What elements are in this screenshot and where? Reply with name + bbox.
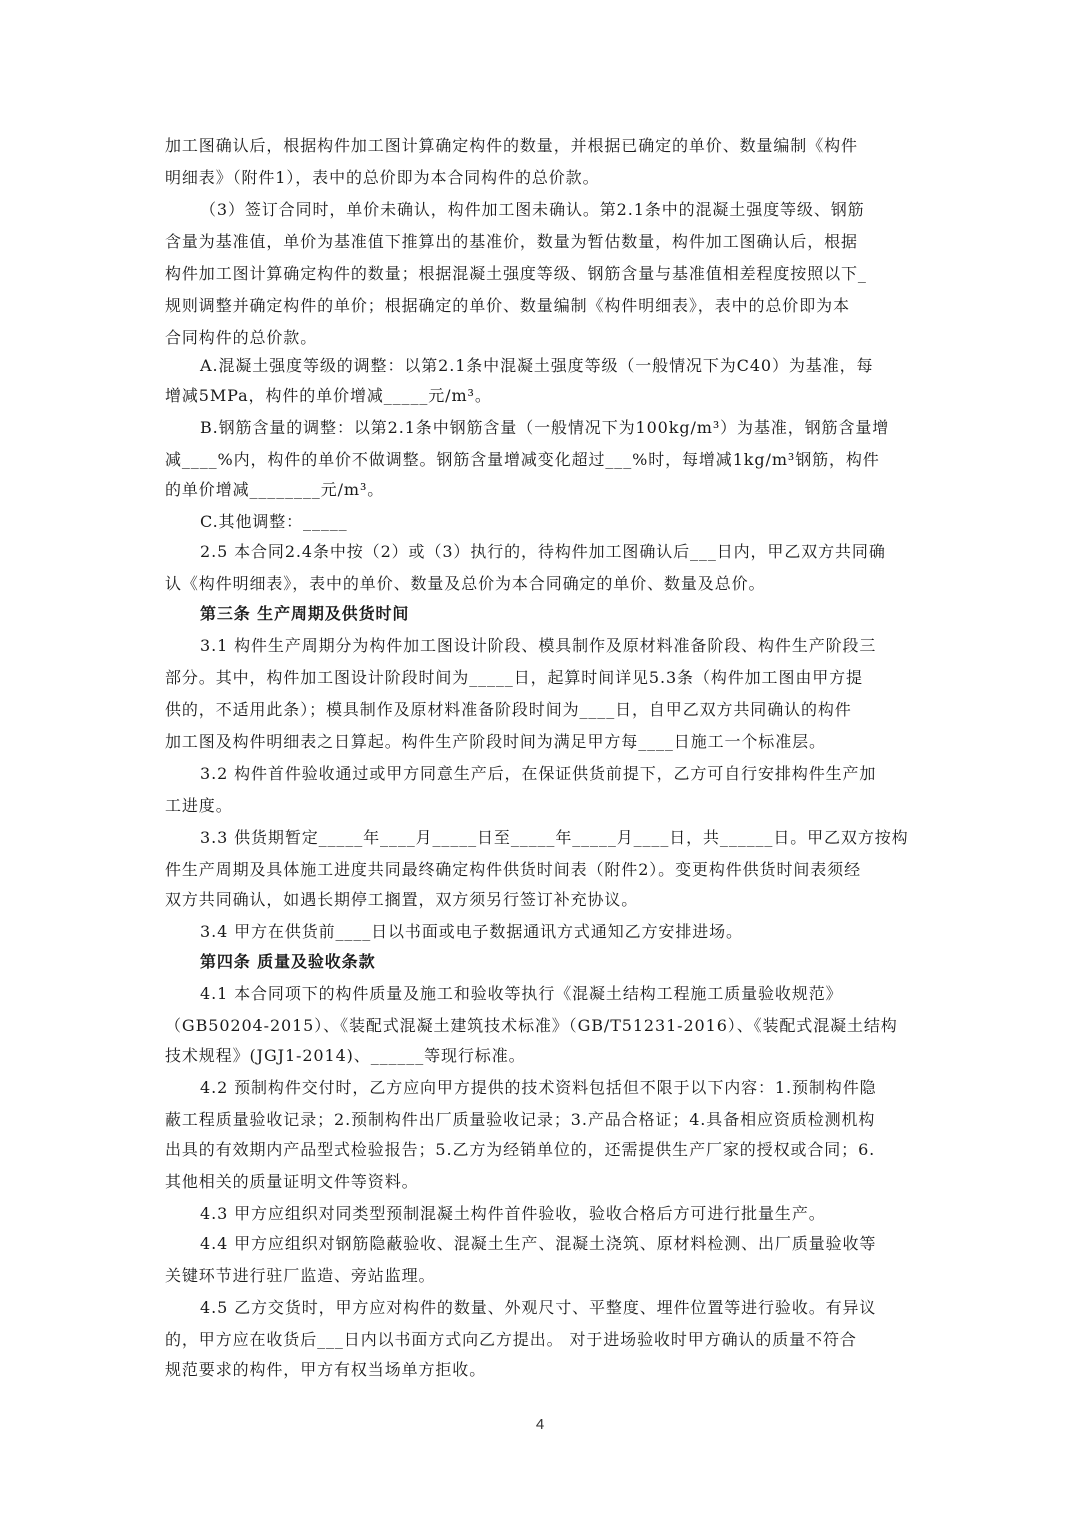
- text-line: 技术规程》(JGJ1-2014)、______等现行标准。: [165, 1046, 917, 1066]
- text-line: 其他相关的质量证明文件等资料。: [165, 1172, 917, 1192]
- text-line: （GB50204-2015）、《装配式混凝土建筑技术标准》（GB/T51231-…: [165, 1016, 917, 1036]
- text-line: 增减5MPa，构件的单价增减_____元/m³。: [165, 386, 917, 406]
- text-line: 减____%内，构件的单价不做调整。钢筋含量增减变化超过___%时，每增减1kg…: [165, 450, 917, 470]
- text-line: （3）签订合同时，单价未确认，构件加工图未确认。第2.1条中的混凝土强度等级、钢…: [200, 200, 917, 220]
- text-line: 2.5 本合同2.4条中按（2）或（3）执行的，待构件加工图确认后___日内，甲…: [200, 542, 917, 562]
- text-line: 工进度。: [165, 796, 917, 816]
- text-line: 合同构件的总价款。: [165, 328, 917, 348]
- text-line: A.混凝土强度等级的调整：以第2.1条中混凝土强度等级（一般情况下为C40）为基…: [200, 356, 917, 376]
- text-line: 3.4 甲方在供货前____日以书面或电子数据通讯方式通知乙方安排进场。: [200, 922, 917, 942]
- text-line: B.钢筋含量的调整：以第2.1条中钢筋含量（一般情况下为100kg/m³）为基准…: [200, 418, 917, 438]
- text-line: 4.1 本合同项下的构件质量及施工和验收等执行《混凝土结构工程施工质量验收规范》: [200, 984, 917, 1004]
- text-line: 供的，不适用此条）；模具制作及原材料准备阶段时间为____日，自甲乙双方共同确认…: [165, 700, 917, 720]
- text-line: 规则调整并确定构件的单价；根据确定的单价、数量编制《构件明细表》，表中的总价即为…: [165, 296, 917, 316]
- document-page: 加工图确认后，根据构件加工图计算确定构件的数量，并根据已确定的单价、数量编制《构…: [0, 0, 1080, 1527]
- text-line: 4.3 甲方应组织对同类型预制混凝土构件首件验收，验收合格后方可进行批量生产。: [200, 1204, 917, 1224]
- text-line: 部分。其中，构件加工图设计阶段时间为_____日，起算时间详见5.3条（构件加工…: [165, 668, 917, 688]
- text-line: 的，甲方应在收货后___日内以书面方式向乙方提出。 对于进场验收时甲方确认的质量…: [165, 1330, 917, 1350]
- text-line: 加工图确认后，根据构件加工图计算确定构件的数量，并根据已确定的单价、数量编制《构…: [165, 136, 917, 156]
- text-line: 4.5 乙方交货时，甲方应对构件的数量、外观尺寸、平整度、埋件位置等进行验收。有…: [200, 1298, 917, 1318]
- text-line: 4.2 预制构件交付时，乙方应向甲方提供的技术资料包括但不限于以下内容：1.预制…: [200, 1078, 917, 1098]
- page-number: 4: [0, 1416, 1080, 1433]
- text-line: 件生产周期及具体施工进度共同最终确定构件供货时间表（附件2）。变更构件供货时间表…: [165, 860, 917, 880]
- text-line: 4.4 甲方应组织对钢筋隐蔽验收、混凝土生产、混凝土浇筑、原材料检测、出厂质量验…: [200, 1234, 917, 1254]
- text-line: 3.2 构件首件验收通过或甲方同意生产后，在保证供货前提下，乙方可自行安排构件生…: [200, 764, 917, 784]
- text-line: 认《构件明细表》，表中的单价、数量及总价为本合同确定的单价、数量及总价。: [165, 574, 917, 594]
- text-line: 3.1 构件生产周期分为构件加工图设计阶段、模具制作及原材料准备阶段、构件生产阶…: [200, 636, 917, 656]
- text-line: 出具的有效期内产品型式检验报告；5.乙方为经销单位的，还需提供生产厂家的授权或合…: [165, 1140, 917, 1160]
- text-line: 的单价增减________元/m³。: [165, 480, 917, 500]
- text-line: 明细表》（附件1），表中的总价即为本合同构件的总价款。: [165, 168, 917, 188]
- text-line: C.其他调整：_____: [200, 512, 917, 532]
- text-line: 双方共同确认，如遇长期停工搁置，双方须另行签订补充协议。: [165, 890, 917, 910]
- text-line: 3.3 供货期暂定_____年____月_____日至_____年_____月_…: [200, 828, 917, 848]
- section-heading: 第四条 质量及验收条款: [200, 952, 917, 972]
- text-line: 关键环节进行驻厂监造、旁站监理。: [165, 1266, 917, 1286]
- text-line: 蔽工程质量验收记录；2.预制构件出厂质量验收记录；3.产品合格证；4.具备相应资…: [165, 1110, 917, 1130]
- text-line: 规范要求的构件，甲方有权当场单方拒收。: [165, 1360, 917, 1380]
- text-line: 含量为基准值，单价为基准值下推算出的基准价，数量为暂估数量，构件加工图确认后，根…: [165, 232, 917, 252]
- text-line: 加工图及构件明细表之日算起。构件生产阶段时间为满足甲方每____日施工一个标准层…: [165, 732, 917, 752]
- section-heading: 第三条 生产周期及供货时间: [200, 604, 917, 624]
- text-line: 构件加工图计算确定构件的数量；根据混凝土强度等级、钢筋含量与基准值相差程度按照以…: [165, 264, 917, 284]
